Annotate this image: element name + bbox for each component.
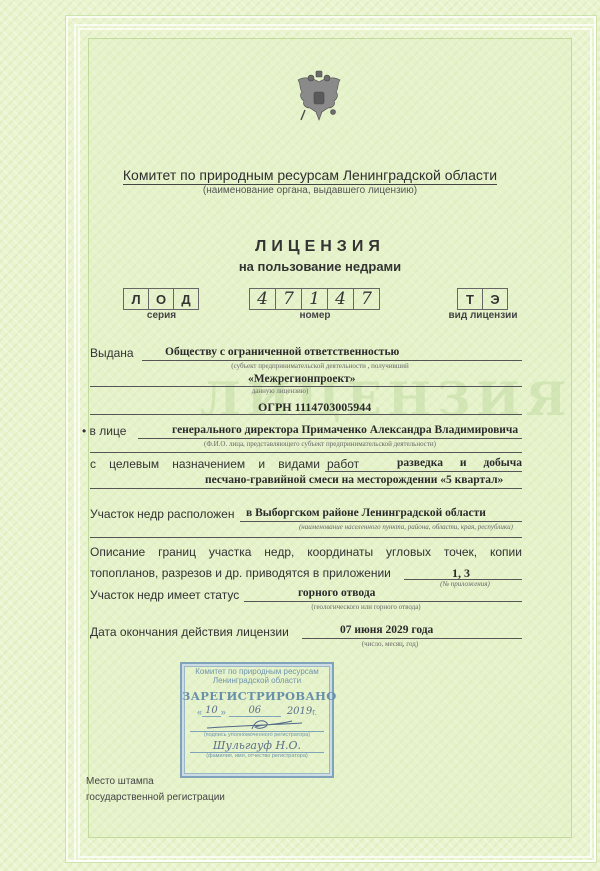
series-cell-3: Д — [173, 288, 199, 310]
represented-by-text: в лице — [90, 424, 127, 438]
series-field: ЛОД серия — [124, 288, 199, 321]
issuing-authority: Комитет по природным ресурсам Ленинградс… — [100, 167, 520, 183]
issued-to-value-2: «Межрегионпроект» — [248, 373, 356, 385]
represented-by-line — [138, 438, 522, 439]
stamp-date: «10» 06 2019 г. — [182, 705, 332, 717]
expiry-line — [302, 638, 522, 639]
represented-by-line-2 — [90, 452, 522, 453]
purpose-word-3: назначением — [172, 457, 245, 471]
purpose-word-5: видами — [278, 457, 320, 471]
issued-to-value-1: Обществу с ограниченной ответственностью — [165, 346, 399, 358]
license-type-boxes: ТЭ — [448, 288, 518, 310]
issued-to-line-1 — [142, 360, 522, 361]
purpose-value-2: песчано-гравийной смеси на месторождении… — [205, 474, 503, 486]
stamp-day: 10 — [202, 705, 221, 717]
expiry-value: 07 июня 2029 года — [340, 624, 433, 636]
signature-icon — [197, 717, 317, 731]
stamp-month: 06 — [229, 705, 281, 717]
license-type-cell-2: Э — [482, 288, 508, 310]
expiry-caption: (число, месяц, год) — [350, 640, 430, 648]
location-label: Участок недр расположен — [90, 507, 234, 521]
represented-by-label: • в лице — [82, 424, 126, 438]
status-value: горного отвода — [298, 587, 375, 599]
boundaries-word-3: участка — [209, 545, 252, 559]
purpose-value-word-3: добыча — [483, 457, 522, 469]
location-caption: (наименование населенного пункта, района… — [290, 523, 522, 531]
status-caption: (геологического или горного отвода) — [296, 603, 436, 611]
number-label: номер — [250, 310, 380, 321]
purpose-value-word-1: разведка — [397, 457, 443, 469]
stamp-org: Комитет по природным ресурсам Ленинградс… — [182, 667, 332, 685]
number-cell-5: 7 — [353, 288, 380, 310]
purpose-works-label: работ — [327, 457, 359, 472]
series-label: серия — [124, 310, 199, 321]
expiry-label: Дата окончания действия лицензии — [90, 625, 289, 639]
registrar-name: Шульгауф Н.О. — [182, 740, 332, 752]
boundaries-word-5: координаты — [307, 545, 373, 559]
series-cell-2: О — [148, 288, 174, 310]
stamp-place-note: Место штампа государственной регистрации — [86, 774, 225, 806]
document-subtitle: на пользование недрами — [100, 259, 540, 274]
boundaries-word-6: угловых — [386, 545, 431, 559]
issued-to-caption-2: данную лицензию) — [240, 387, 320, 395]
stamp-place-line-2: государственной регистрации — [86, 790, 225, 806]
boundaries-word-2: границ — [158, 545, 196, 559]
appendix-caption: (№ приложения) — [430, 580, 500, 588]
boundaries-word-8: копии — [490, 545, 522, 559]
number-cell-4: 4 — [327, 288, 354, 310]
series-cell-1: Л — [123, 288, 149, 310]
purpose-word-4: и — [258, 457, 265, 471]
signature-caption: (подпись уполномоченного регистратора) — [182, 732, 332, 739]
purpose-line-2 — [90, 488, 522, 489]
series-boxes: ЛОД — [124, 288, 199, 310]
location-line — [240, 521, 522, 522]
license-type-cell-1: Т — [457, 288, 483, 310]
number-field: 47147 номер — [250, 288, 380, 321]
status-line — [244, 601, 522, 602]
coat-of-arms-icon — [289, 68, 349, 128]
license-type-field: ТЭ вид лицензии — [448, 288, 518, 321]
number-cell-1: 4 — [249, 288, 276, 310]
license-type-label: вид лицензии — [438, 310, 528, 321]
boundaries-word-4: недр, — [264, 545, 294, 559]
location-value: в Выборгском районе Ленинградской област… — [246, 507, 486, 519]
boundaries-line-2: топопланов, разрезов и др. приводятся в … — [90, 566, 391, 580]
boundaries-word-1: Описание — [90, 545, 145, 559]
issued-to-label: Выдана — [90, 346, 134, 360]
purpose-label: сцелевымназначениемивидами — [90, 457, 320, 471]
number-cell-2: 7 — [275, 288, 302, 310]
represented-by-value: генерального директора Примаченко Алекса… — [172, 424, 518, 436]
purpose-value-1: разведкаидобыча — [397, 457, 522, 469]
purpose-value-word-2: и — [460, 457, 467, 469]
status-label: Участок недр имеет статус — [90, 588, 239, 602]
boundaries-word-7: точек, — [444, 545, 477, 559]
number-cell-3: 1 — [301, 288, 328, 310]
registration-stamp: Комитет по природным ресурсам Ленинградс… — [180, 662, 334, 778]
purpose-word-1: с — [90, 457, 96, 471]
issued-to-caption-1: (субъект предпринимательской деятельност… — [180, 362, 460, 370]
ogrn-line — [90, 414, 522, 415]
represented-by-caption: (Ф.И.О. лица, представляющего субъект пр… — [170, 440, 470, 448]
registrar-caption: (фамилия, имя, отчество регистратора) — [182, 753, 332, 760]
document-title: ЛИЦЕНЗИЯ — [100, 238, 540, 256]
stamp-registered: ЗАРЕГИСТРИРОВАНО — [182, 689, 332, 703]
number-boxes: 47147 — [250, 288, 380, 310]
ogrn: ОГРН 1114703005944 — [258, 400, 371, 415]
authority-caption: (наименование органа, выдавшего лицензию… — [100, 185, 520, 196]
purpose-line-1 — [325, 471, 522, 472]
authority-name: Комитет по природным ресурсам Ленинградс… — [123, 167, 497, 185]
boundaries-line-1: Описаниеграницучастканедр,координатыугло… — [90, 545, 522, 559]
stamp-place-line-1: Место штампа — [86, 774, 225, 790]
stamp-year: 2019 — [287, 706, 312, 717]
location-line-2 — [90, 537, 522, 538]
stamp-year-suffix: г. — [312, 707, 317, 717]
purpose-word-2: целевым — [109, 457, 159, 471]
